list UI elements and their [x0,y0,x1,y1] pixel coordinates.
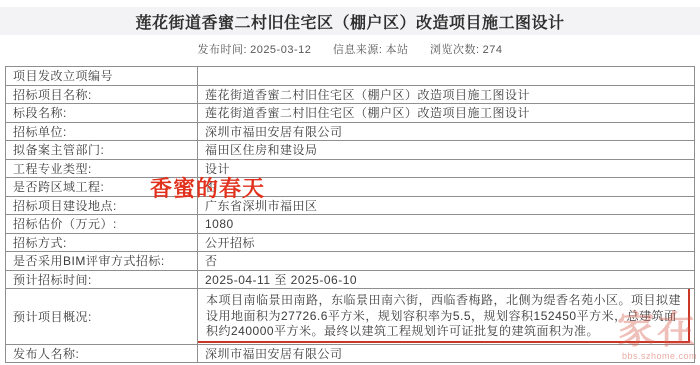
table-row: 项目发改立项编号 [6,67,695,86]
row-label: 标段名称: [6,104,198,123]
row-value: 深圳市福田安居有限公司 [198,344,695,363]
row-value: 设计 [198,159,695,178]
info-source-value: 本站 [385,44,408,56]
view-count-label: 浏览次数: [430,44,480,56]
row-label: 招标项目名称: [6,85,198,104]
view-count: 浏览次数:274 [430,44,502,56]
table-row: 预计项目概况:本项目南临景田南路，东临景田南六街，西临香梅路，北侧为缇香名苑小区… [6,289,695,345]
row-label: 招标项目建设地点: [6,196,198,215]
row-label: 预计招标时间: [6,270,198,289]
view-count-value: 274 [483,44,503,56]
row-label: 发布人名称: [6,344,198,363]
table-row: 发布人名称:深圳市福田安居有限公司 [6,344,695,363]
row-value: 1080 [198,215,695,234]
row-label: 工程专业类型: [6,159,198,178]
row-value [198,67,695,86]
row-value: 广东省深圳市福田区 [198,196,695,215]
row-value: 否 [198,252,695,271]
publish-time-label: 发布时间: [198,44,248,56]
row-value: 莲花街道香蜜二村旧住宅区（棚户区）改造项目施工图设计 [198,85,695,104]
table-row: 预计招标时间:2025-04-11 至 2025-06-10 [6,270,695,289]
table-row: 招标项目名称:莲花街道香蜜二村旧住宅区（棚户区）改造项目施工图设计 [6,85,695,104]
table-row: 招标方式:公开招标 [6,233,695,252]
title-bar: 莲花街道香蜜二村旧住宅区（棚户区）改造项目施工图设计 [0,7,700,35]
row-label: 招标单位: [6,122,198,141]
project-overview-text: 本项目南临景田南路，东临景田南六街，西临香梅路，北侧为缇香名苑小区。项目拟建设用… [206,293,681,338]
table-row: 工程专业类型:设计 [6,159,695,178]
table-row: 是否跨区域工程:否 [6,178,695,197]
row-label: 项目发改立项编号 [6,67,198,86]
row-value: 莲花街道香蜜二村旧住宅区（棚户区）改造项目施工图设计 [198,104,695,123]
row-value: 2025-04-11 至 2025-06-10 [198,270,695,289]
table-row: 招标项目建设地点:广东省深圳市福田区 [6,196,695,215]
row-label: 招标估价（万元）: [6,215,198,234]
row-label: 是否采用BIM评审方式招标: [6,252,198,271]
row-value: 否 [198,178,695,197]
info-table-body: 项目发改立项编号招标项目名称:莲花街道香蜜二村旧住宅区（棚户区）改造项目施工图设… [6,67,695,363]
table-row: 招标估价（万元）:1080 [6,215,695,234]
publish-time-value: 2025-03-12 [250,44,311,56]
row-label: 拟备案主管部门: [6,141,198,160]
info-source: 信息来源:本站 [333,44,409,56]
info-source-label: 信息来源: [333,44,383,56]
row-label: 招标方式: [6,233,198,252]
table-row: 招标单位:深圳市福田安居有限公司 [6,122,695,141]
row-value: 本项目南临景田南路，东临景田南六街，西临香梅路，北侧为缇香名苑小区。项目拟建设用… [198,289,695,345]
meta-line: 发布时间:2025-03-12 信息来源:本站 浏览次数:274 [0,41,700,57]
page-title: 莲花街道香蜜二村旧住宅区（棚户区）改造项目施工图设计 [135,10,564,33]
row-value: 公开招标 [198,233,695,252]
row-label: 是否跨区域工程: [6,178,198,197]
row-value: 福田区住房和建设局 [198,141,695,160]
table-row: 拟备案主管部门:福田区住房和建设局 [6,141,695,160]
project-info-table: 项目发改立项编号招标项目名称:莲花街道香蜜二村旧住宅区（棚户区）改造项目施工图设… [5,66,695,363]
row-value: 深圳市福田安居有限公司 [198,122,695,141]
row-label: 预计项目概况: [6,289,198,345]
table-row: 标段名称:莲花街道香蜜二村旧住宅区（棚户区）改造项目施工图设计 [6,104,695,123]
publish-time: 发布时间:2025-03-12 [198,44,312,56]
table-row: 是否采用BIM评审方式招标:否 [6,252,695,271]
